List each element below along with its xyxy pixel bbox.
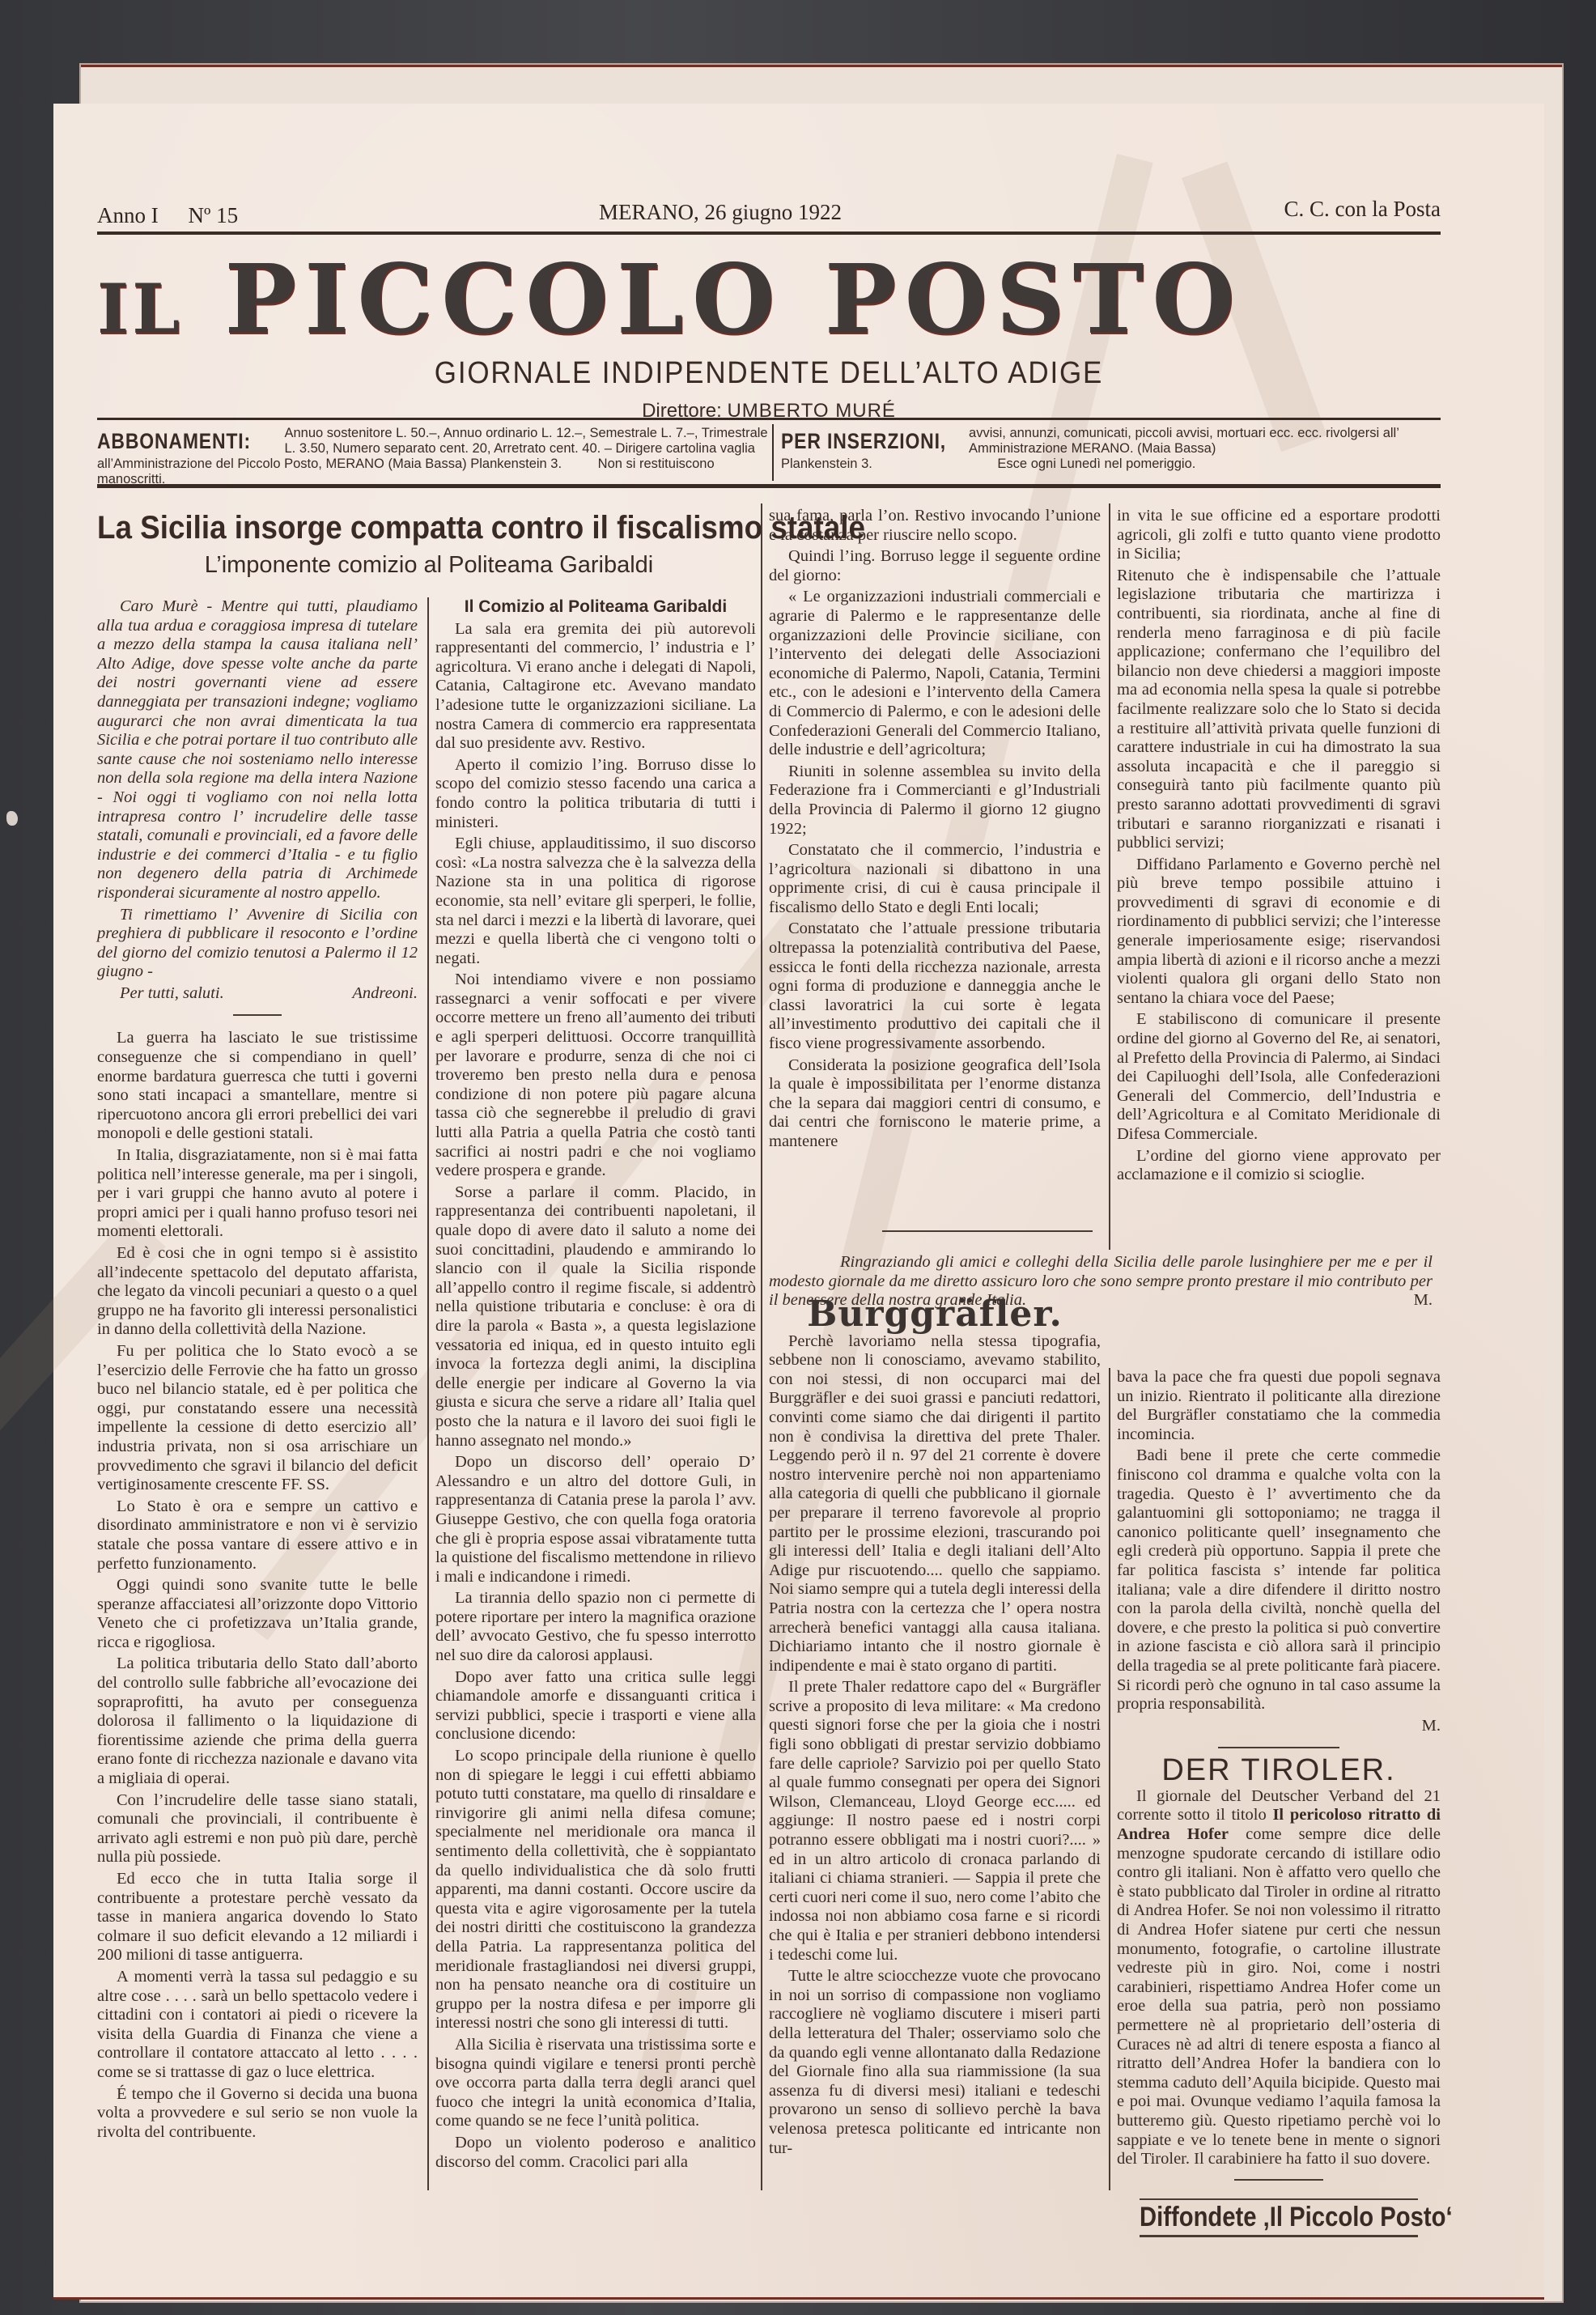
subheadline-sicilia: L’imponente comizio al Politeama Garibal… — [97, 552, 761, 579]
subscription-info: ABBONAMENTI: Annuo sostenitore L. 50.–, … — [97, 426, 769, 487]
postal-note: C. C. con la Posta — [1284, 197, 1441, 222]
subs-top-rule — [97, 418, 1441, 420]
advertising-info: PER INSERZIONI, avvisi, annunzi, comunic… — [781, 426, 1441, 472]
editor-signature: M. — [1343, 1291, 1433, 1310]
subscription-strip: ABBONAMENTI: Annuo sostenitore L. 50.–, … — [97, 421, 1441, 484]
column-3-top: sua fama, parla l’on. Restivo invocando … — [769, 507, 1101, 1154]
headline-burggrafler: Burggräfler. — [769, 1305, 1101, 1324]
year-label: Anno I — [97, 203, 159, 227]
divider — [1234, 2179, 1323, 2181]
column-2: Il Comizio al Politeama Garibaldi La sal… — [435, 597, 756, 2174]
letter-signature: Andreoni. — [352, 984, 418, 1004]
advertising-label: PER INSERZIONI, — [781, 426, 946, 457]
publication-schedule: Esce ogni Lunedì nel pomeriggio. — [997, 457, 1195, 471]
column-rule — [761, 503, 762, 2190]
column-3-bottom: Burggräfler. Perchè lavoriamo nella stes… — [769, 1245, 1101, 2160]
letter-to-editor: Caro Murè - Mentre qui tutti, plaudiamo … — [97, 597, 418, 1003]
edge-mark — [6, 811, 18, 826]
masthead-topline: Anno I Nº 15 MERANO, 26 giugno 1922 C. C… — [97, 198, 1441, 230]
column-rule — [427, 597, 429, 2190]
newspaper-title: IL PICCOLO POSTO — [97, 243, 1441, 356]
column-1: Caro Murè - Mentre qui tutti, plaudiamo … — [97, 597, 418, 2144]
headline-tiroler: DER TIROLER. — [1117, 1761, 1441, 1781]
subscription-label: ABBONAMENTI: — [97, 426, 251, 457]
tiroler-body: Il giornale del Deutscher Verband del 21… — [1117, 1787, 1441, 2169]
column-rule — [1109, 503, 1110, 1250]
address: Plankenstein 3. — [781, 457, 872, 471]
section-heading-comizio: Il Comizio al Politeama Garibaldi — [435, 597, 756, 617]
subs-bottom-rule — [97, 484, 1441, 488]
divider — [1218, 1747, 1339, 1748]
newspaper-subtitle: GIORNALE INDIPENDENTE DELL’ALTO ADIGE — [151, 356, 1386, 391]
letter-closing: Per tutti, saluti. — [120, 984, 224, 1004]
column-4-top: in vita le sue officine ed a esportare p… — [1117, 507, 1441, 1187]
divider — [233, 1014, 282, 1016]
masthead-rule — [97, 231, 1441, 235]
headline-sicilia: La Sicilia insorge compatta contro il fi… — [97, 510, 707, 546]
subs-divider — [772, 424, 774, 481]
column-4-bottom: bava la pace che fra questi due popoli s… — [1117, 1368, 1441, 2237]
promo-banner: Diffondete ‚Il Piccolo Posto‘ — [1140, 2198, 1418, 2238]
burggrafler-signature: M. — [1117, 1717, 1441, 1736]
issue-number: Nº 15 — [189, 203, 239, 227]
column-rule — [1109, 1368, 1110, 2190]
section-rule — [882, 1230, 1093, 1232]
place-date: MERANO, 26 giugno 1922 — [599, 200, 842, 225]
